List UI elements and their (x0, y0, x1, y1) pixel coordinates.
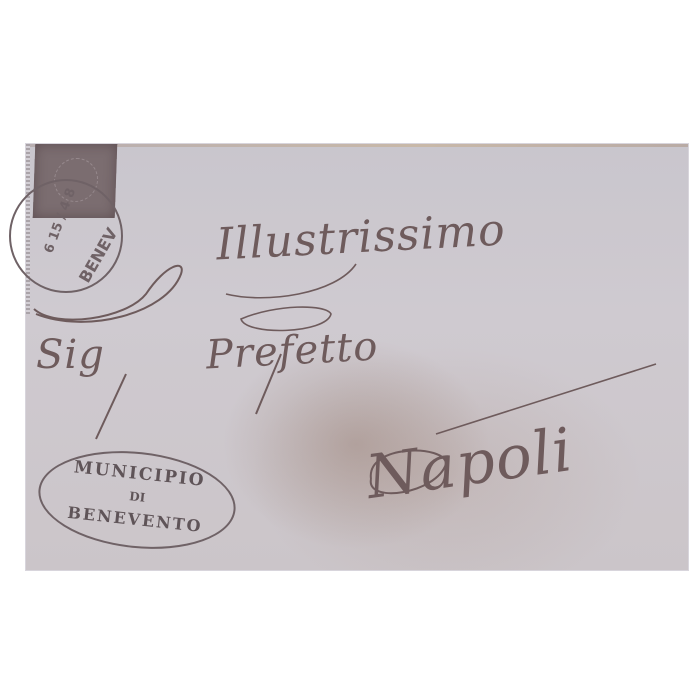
svg-text:BENEV: BENEV (75, 224, 122, 286)
address-recipient: Prefetto (205, 324, 380, 379)
address-title-sig: Sig (36, 332, 105, 378)
envelope: BENEV 6 15 / 4 8 Illustrissimo Sig Prefe… (26, 144, 688, 570)
svg-text:6 15 / 4 8: 6 15 / 4 8 (42, 186, 79, 255)
